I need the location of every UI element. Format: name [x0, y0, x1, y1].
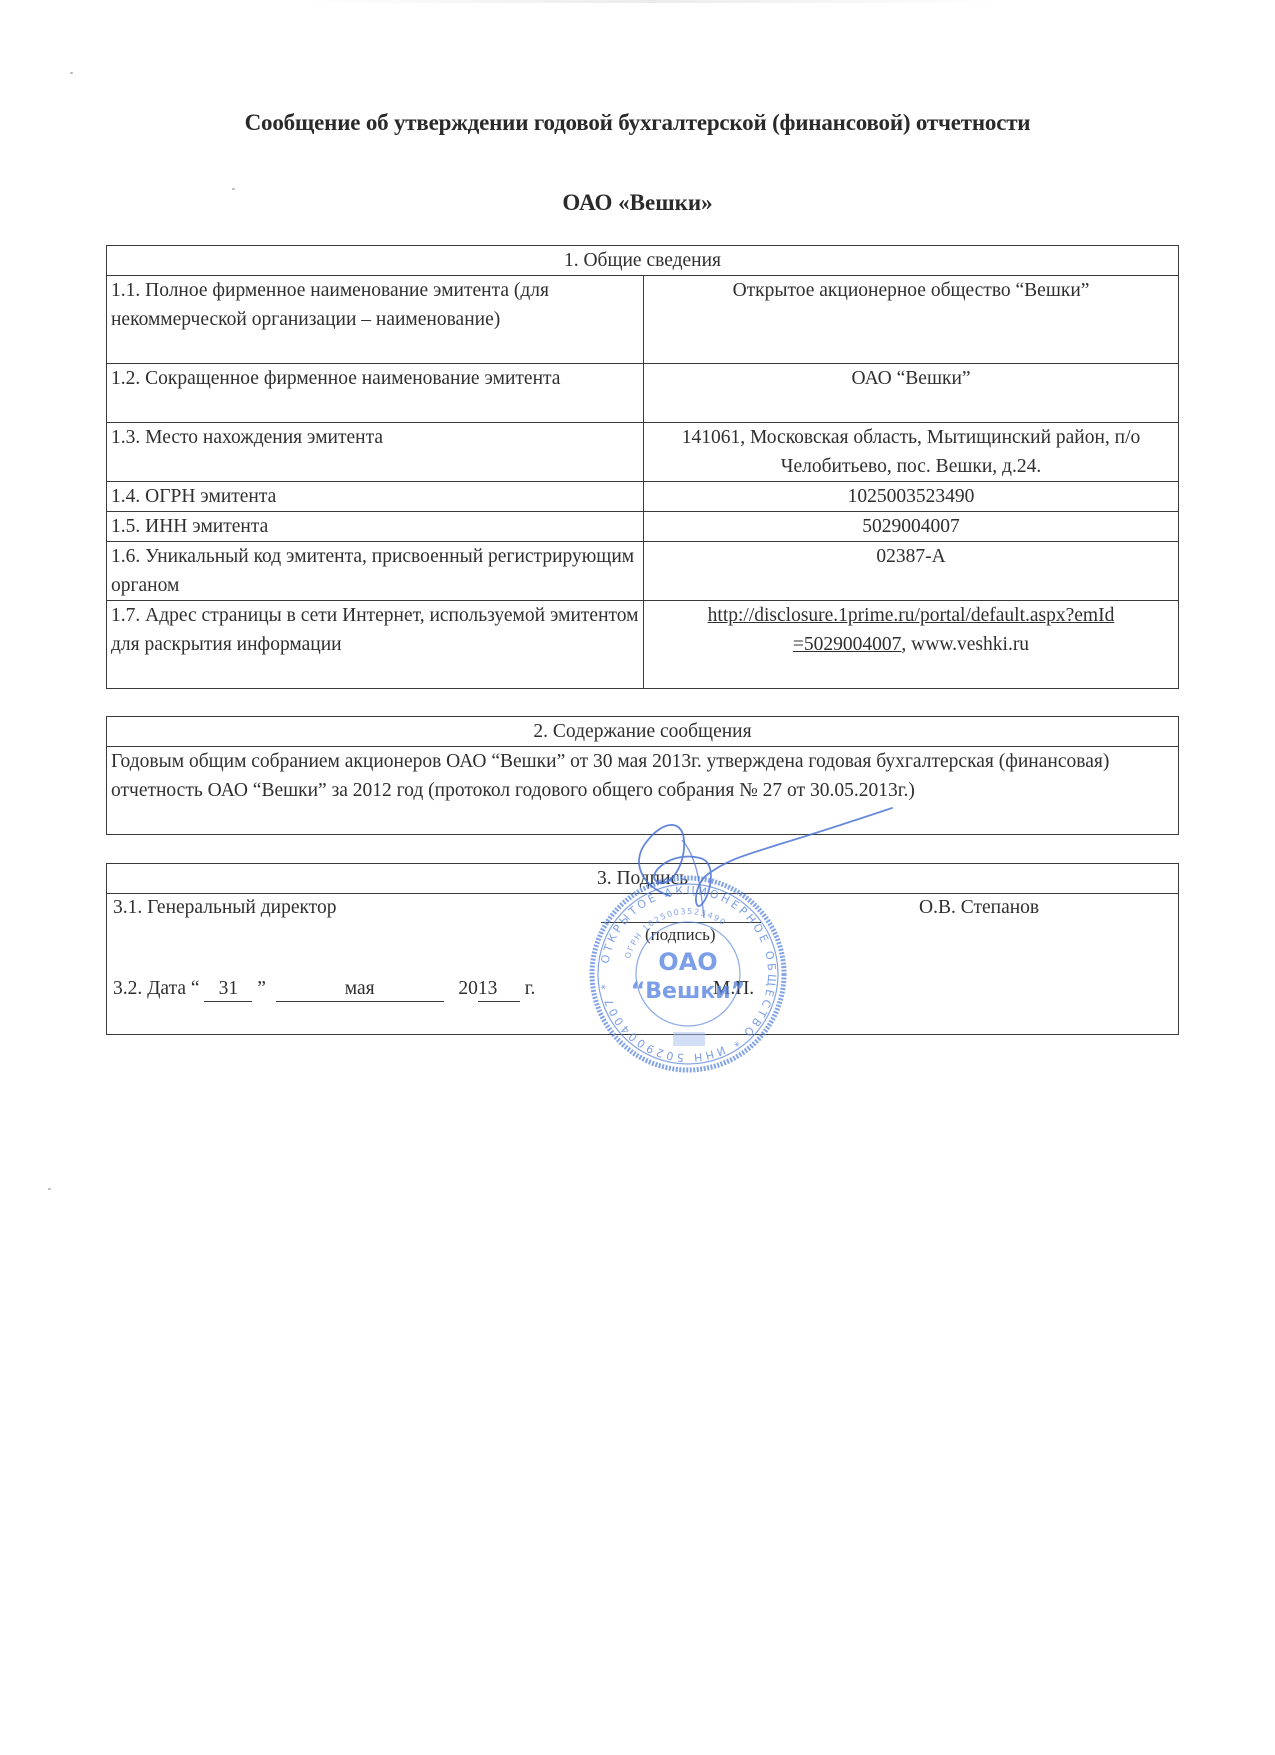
- row-label: 1.3. Место нахождения эмитента: [107, 423, 644, 482]
- row-value: http://disclosure.1prime.ru/portal/defau…: [644, 601, 1179, 689]
- company-name-heading: ОАО «Вешки»: [0, 190, 1275, 216]
- row-label: 1.5. ИНН эмитента: [107, 512, 644, 542]
- section-header: 3. Подпись: [107, 864, 1179, 894]
- row-value: ОАО “Вешки”: [644, 364, 1179, 423]
- date-field: 3.2. Дата “ 31 ” мая 2013 г.: [113, 974, 535, 1003]
- position-label: 3.1. Генеральный директор: [113, 893, 336, 922]
- row-value: 1025003523490: [644, 482, 1179, 512]
- row-label: 1.2. Сокращенное фирменное наименование …: [107, 364, 644, 423]
- message-body: Годовым общим собранием акционеров ОАО “…: [107, 747, 1179, 835]
- table-row: 1.1. Полное фирменное наименование эмите…: [107, 276, 1179, 364]
- table-row: 1.6. Уникальный код эмитента, присвоенны…: [107, 542, 1179, 601]
- row-value: 5029004007: [644, 512, 1179, 542]
- year-prefix: 20: [458, 978, 478, 999]
- scan-edge: [300, 0, 1000, 3]
- message-content-table: 2. Содержание сообщения Годовым общим со…: [106, 716, 1179, 835]
- quote-close: ”: [257, 978, 266, 999]
- section-header: 1. Общие сведения: [107, 246, 1179, 276]
- row-value: 02387-А: [644, 542, 1179, 601]
- date-label: 3.2. Дата “: [113, 978, 200, 999]
- table-row: 1.7. Адрес страницы в сети Интернет, исп…: [107, 601, 1179, 689]
- year-unit: г.: [525, 978, 536, 999]
- table-row: 1.2. Сокращенное фирменное наименование …: [107, 364, 1179, 423]
- table-row: 1.4. ОГРН эмитента 1025003523490: [107, 482, 1179, 512]
- general-info-table: 1. Общие сведения 1.1. Полное фирменное …: [106, 245, 1179, 689]
- scan-speck: [48, 1188, 51, 1190]
- document-title: Сообщение об утверждении годовой бухгалт…: [0, 110, 1275, 136]
- table-row: 1.3. Место нахождения эмитента 141061, М…: [107, 423, 1179, 482]
- date-month: мая: [276, 977, 444, 1002]
- row-value: Открытое акционерное общество “Вешки”: [644, 276, 1179, 364]
- signature-table: 3. Подпись 3.1. Генеральный директор (по…: [106, 863, 1179, 1035]
- signer-name: О.В. Степанов: [919, 893, 1039, 922]
- scan-speck: [70, 72, 73, 74]
- row-label: 1.1. Полное фирменное наименование эмите…: [107, 276, 644, 364]
- row-value: 141061, Московская область, Мытищинский …: [644, 423, 1179, 482]
- signature-block: 3.1. Генеральный директор (подпись) О.В.…: [107, 894, 1179, 1035]
- table-row: 1.5. ИНН эмитента 5029004007: [107, 512, 1179, 542]
- row-label: 1.4. ОГРН эмитента: [107, 482, 644, 512]
- row-label: 1.6. Уникальный код эмитента, присвоенны…: [107, 542, 644, 601]
- date-year: 13: [478, 977, 520, 1002]
- signature-caption: (подпись): [645, 920, 716, 949]
- seal-placeholder: М.П.: [713, 974, 754, 1003]
- date-day: 31: [204, 977, 252, 1002]
- row-label: 1.7. Адрес страницы в сети Интернет, исп…: [107, 601, 644, 689]
- section-header: 2. Содержание сообщения: [107, 717, 1179, 747]
- website-text: , www.veshki.ru: [901, 634, 1029, 655]
